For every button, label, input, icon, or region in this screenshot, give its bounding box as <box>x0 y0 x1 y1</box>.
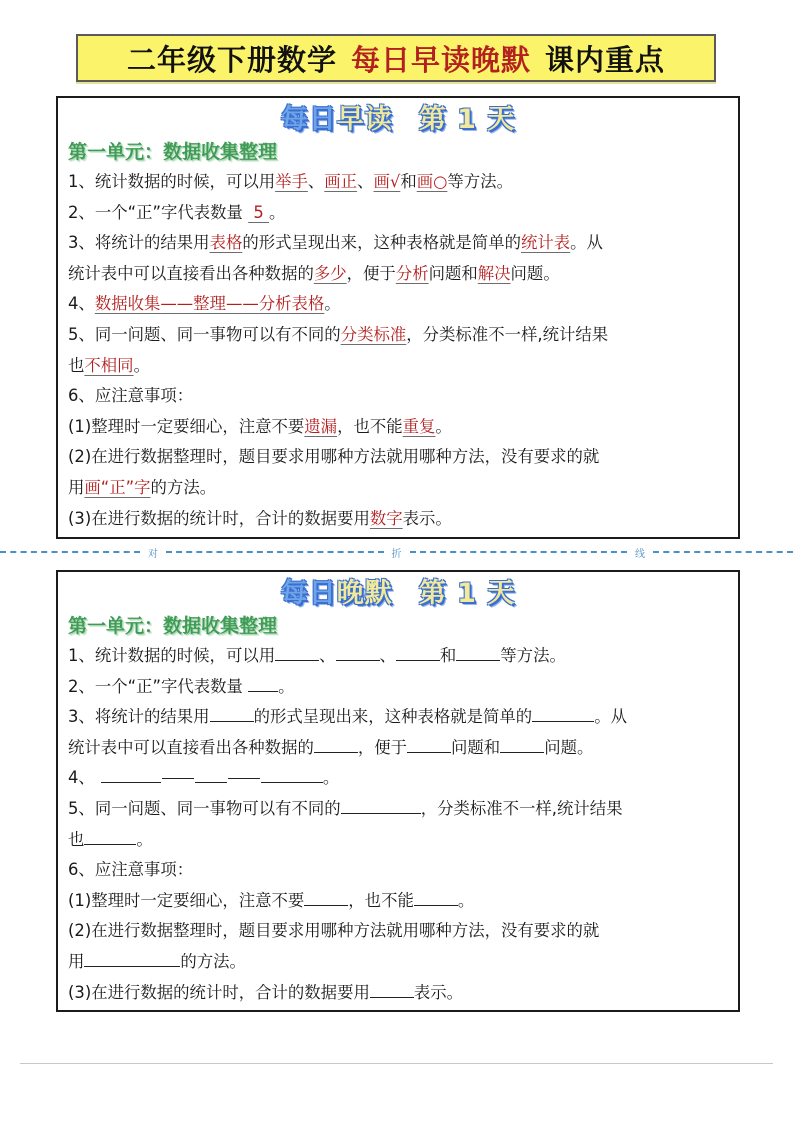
item-4: 4、。 <box>68 763 728 794</box>
fill-blank[interactable] <box>407 736 451 753</box>
banner-grade-subject: 二年级下册数学 <box>127 38 337 79</box>
item-5-cont: 也。 <box>68 825 728 856</box>
answer: 分析 <box>396 264 429 283</box>
fold-char-1: 对 <box>140 545 166 560</box>
answer: 分析表格 <box>259 294 325 313</box>
fill-blank[interactable] <box>414 889 458 906</box>
item-6: 6、应注意事项： <box>68 855 728 886</box>
fill-blank[interactable] <box>532 705 594 722</box>
unit-heading: 第一单元：数据收集整理 <box>68 137 728 167</box>
fill-blank[interactable] <box>84 828 136 845</box>
answer: 举手 <box>275 172 308 191</box>
answer: 统计表 <box>521 233 570 252</box>
item-3-cont: 统计表中可以直接看出各种数据的多少，便于分析问题和解决问题。 <box>68 259 728 290</box>
fill-blank[interactable] <box>370 981 414 998</box>
answer: 遗漏 <box>304 417 337 436</box>
title-evening-dictation: 晚默 <box>337 578 393 609</box>
answer: 重复 <box>403 417 436 436</box>
fill-blank[interactable] <box>314 736 358 753</box>
fold-char-2: 折 <box>384 545 410 560</box>
fill-blank[interactable] <box>396 644 440 661</box>
item-3-cont: 统计表中可以直接看出各种数据的，便于问题和问题。 <box>68 733 728 764</box>
page-banner-title: 二年级下册数学 每日早读晚默 课内重点 <box>76 34 716 82</box>
morning-day-title: 每日早读第 1 天 <box>68 102 728 138</box>
item-4: 4、数据收集——整理——分析表格。 <box>68 289 728 320</box>
item-6-2-cont: 用画“正”字的方法。 <box>68 473 728 504</box>
answer: 表格 <box>210 233 243 252</box>
item-6-1: (1)整理时一定要细心，注意不要，也不能。 <box>68 886 728 917</box>
item-1: 1、统计数据的时候，可以用举手、画正、画√和画○等方法。 <box>68 167 728 198</box>
item-6-2: (2)在进行数据整理时，题目要求用哪种方法就用哪种方法，没有要求的就 <box>68 442 728 473</box>
fold-line: 对 折 线 <box>0 542 793 562</box>
dash-separator <box>162 778 194 779</box>
fold-char-3: 线 <box>627 545 653 560</box>
answer: 整理 <box>193 294 226 313</box>
fill-blank[interactable] <box>275 644 319 661</box>
title-daily: 每日 <box>281 104 337 135</box>
fill-blank[interactable] <box>500 736 544 753</box>
banner-key-points: 课内重点 <box>545 38 665 79</box>
item-5-cont: 也不相同。 <box>68 351 728 382</box>
fill-blank[interactable] <box>341 797 421 814</box>
answer: 数据收集 <box>95 294 161 313</box>
answer: 5 <box>248 203 269 222</box>
answer: 画“正”字 <box>84 478 150 497</box>
item-6-2: (2)在进行数据整理时，题目要求用哪种方法就用哪种方法，没有要求的就 <box>68 916 728 947</box>
item-2: 2、一个“正”字代表数量 。 <box>68 672 728 703</box>
answer: 数字 <box>370 509 403 528</box>
item-1: 1、统计数据的时候，可以用、、和等方法。 <box>68 641 728 672</box>
dash-separator <box>228 778 260 779</box>
morning-reading-card: 每日早读第 1 天 第一单元：数据收集整理 1、统计数据的时候，可以用举手、画正… <box>56 96 740 539</box>
fill-blank[interactable] <box>84 950 180 967</box>
item-6-2-cont: 用的方法。 <box>68 947 728 978</box>
evening-dictation-card: 每日晚默第 1 天 第一单元：数据收集整理 1、统计数据的时候，可以用、、和等方… <box>56 570 740 1012</box>
item-6-3: (3)在进行数据的统计时，合计的数据要用表示。 <box>68 978 728 1009</box>
item-6-1: (1)整理时一定要细心，注意不要遗漏，也不能重复。 <box>68 412 728 443</box>
fill-blank[interactable] <box>210 705 254 722</box>
answer: 不相同 <box>84 356 133 375</box>
answer: 分类标准 <box>341 325 407 344</box>
answer: 画正 <box>324 172 357 191</box>
title-daily: 每日 <box>281 578 337 609</box>
fill-blank[interactable] <box>101 766 161 783</box>
item-6-3: (3)在进行数据的统计时，合计的数据要用数字表示。 <box>68 504 728 535</box>
fill-blank[interactable] <box>261 766 323 783</box>
item-6: 6、应注意事项： <box>68 381 728 412</box>
answer: 画√ <box>373 172 400 191</box>
title-morning-read: 早读 <box>337 104 393 135</box>
answer: 多少 <box>314 264 347 283</box>
item-5: 5、同一问题、同一事物可以有不同的，分类标准不一样,统计结果 <box>68 794 728 825</box>
fill-blank[interactable] <box>456 644 500 661</box>
banner-daily-read: 每日早读晚默 <box>351 38 531 79</box>
fill-blank[interactable] <box>195 766 227 783</box>
item-3: 3、将统计的结果用表格的形式呈现出来，这种表格就是简单的统计表。从 <box>68 228 728 259</box>
fill-blank[interactable] <box>304 889 348 906</box>
fill-blank[interactable] <box>248 675 278 692</box>
item-3: 3、将统计的结果用的形式呈现出来，这种表格就是简单的。从 <box>68 702 728 733</box>
title-day-number: 第 1 天 <box>419 578 516 609</box>
title-day-number: 第 1 天 <box>419 104 516 135</box>
answer: 画○ <box>417 172 448 191</box>
unit-heading: 第一单元：数据收集整理 <box>68 611 728 641</box>
page-bottom-rule <box>20 1063 773 1064</box>
item-2: 2、一个“正”字代表数量 5 。 <box>68 198 728 229</box>
answer: 解决 <box>478 264 511 283</box>
item-5: 5、同一问题、同一事物可以有不同的分类标准，分类标准不一样,统计结果 <box>68 320 728 351</box>
fill-blank[interactable] <box>336 644 380 661</box>
evening-day-title: 每日晚默第 1 天 <box>68 576 728 612</box>
